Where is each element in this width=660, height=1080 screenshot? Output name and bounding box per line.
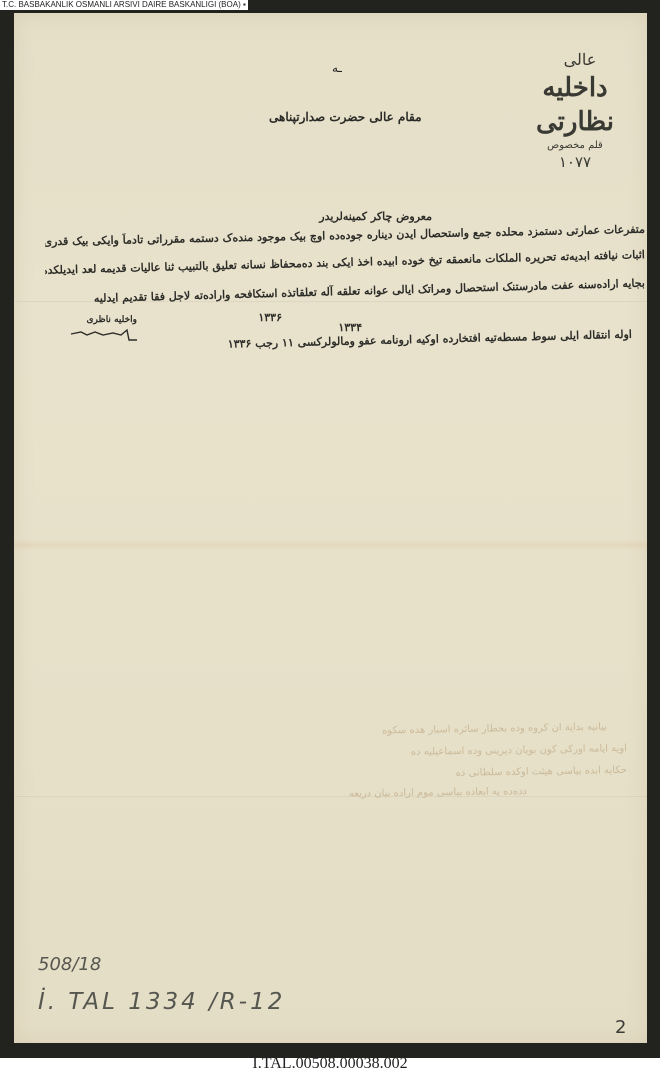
document-page: عالی داخلیه نظارتی قلم مخصوص ١٠٧٧ ـه مقا…	[14, 13, 647, 1043]
bleed-line: اویه ایامه اورکی کون بویان دیرینی وده اس…	[67, 743, 627, 764]
bleed-line: حکایه ابده بیاسی هیئت اوکده سلطانی ده	[37, 765, 627, 786]
signature-scrawl	[69, 326, 139, 346]
archive-reference-caption: İ.TAL.00508.00038.002	[0, 1055, 660, 1073]
date-annotation: ۱۳۳۴	[302, 321, 362, 334]
body-line: متفرعات عمارتی دستمزد محلده جمع واستحصال…	[45, 223, 645, 249]
bleed-line: دده‌ده یه ابعاده بیاسی موم اراده بیان در…	[107, 786, 527, 803]
bleed-line: بیانیه بدایة ان کروه وده بحطار سائره اسب…	[97, 722, 607, 742]
file-reference-note: 508/18	[38, 954, 101, 975]
signatory-title: واخلیه ناظری	[67, 315, 137, 325]
page-number: 2	[615, 1017, 626, 1038]
archive-watermark-label: T.C. BASBAKANLIK OSMANLI ARSIVI DAIRE BA…	[0, 0, 248, 10]
fold-line	[14, 540, 647, 550]
body-line: معروض چاکر کمینه‌لریدر	[232, 210, 432, 223]
handwritten-body: معروض چاکر کمینه‌لریدر متفرعات عمارتی دس…	[14, 13, 647, 413]
body-line: اثبات نیافته ابدیه‌ته تحریره الملکات مان…	[45, 248, 645, 277]
date-annotation: ۱۳۳۶	[222, 311, 282, 324]
catalog-reference-note: İ. TAL 1334 /R-12	[38, 989, 285, 1015]
body-line: بجایه اراده‌سنه عفت مادرستنک استحصال ومر…	[45, 277, 645, 307]
